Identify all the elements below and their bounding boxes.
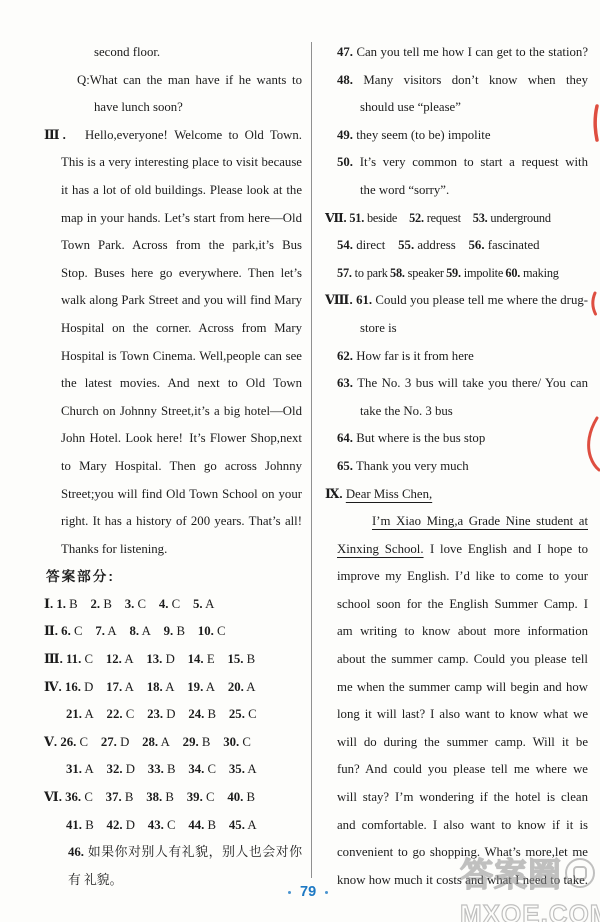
text-line: 41. B 42. D 43. C 44. B 45. A xyxy=(44,812,302,840)
text-line: take the No. 3 bus xyxy=(325,398,588,426)
text-segment: 58. xyxy=(390,266,405,280)
text-segment: B xyxy=(243,652,255,666)
text-segment: C xyxy=(123,707,148,721)
text-line: Hospital on the corner. Across from Mary xyxy=(44,315,302,343)
text-segment: B xyxy=(173,624,198,638)
text-segment: 24. xyxy=(188,707,204,721)
text-segment: A xyxy=(203,597,215,611)
text-segment: Ⅱ. 6. xyxy=(44,624,71,638)
text-segment: 60. xyxy=(505,266,520,280)
text-segment: Town Park. Across from the park,it’s Bus xyxy=(61,238,302,252)
text-segment: A xyxy=(122,680,147,694)
page-number-dot-left xyxy=(288,891,291,894)
text-segment: Ⅳ. 16. xyxy=(44,680,81,694)
page-number-dot-right xyxy=(325,891,328,894)
text-segment: 19. xyxy=(187,680,203,694)
text-segment: 答案部分: xyxy=(46,569,115,584)
text-segment: will stay? I’m wondering if the hotel is… xyxy=(337,790,588,804)
text-segment: fun? And could you please tell me where … xyxy=(337,762,588,776)
text-line: Xinxing School. I love English and I hop… xyxy=(325,536,588,564)
text-segment: A xyxy=(139,624,164,638)
text-line: Street;you will find Old Town School on … xyxy=(44,481,302,509)
text-segment: 29. xyxy=(183,735,199,749)
text-segment: E xyxy=(204,652,228,666)
text-segment: D xyxy=(123,818,148,832)
text-segment: 10. xyxy=(198,624,214,638)
text-segment: Xinxing School. xyxy=(337,542,424,556)
text-segment: Thank you very much xyxy=(353,459,469,473)
text-segment: B xyxy=(204,818,229,832)
text-segment: 2. xyxy=(91,597,101,611)
text-line: it has a lot of old buildings. Please lo… xyxy=(44,177,302,205)
red-pen-mark-top xyxy=(595,106,597,140)
text-segment: 47. xyxy=(337,45,353,59)
text-segment: 52. xyxy=(409,211,424,225)
text-segment: 3. xyxy=(125,597,135,611)
text-segment: about the summer camp. Could you please … xyxy=(337,652,588,666)
text-segment: 50. xyxy=(337,155,353,169)
text-segment: map in your hands. Let’s start from here… xyxy=(61,211,302,225)
text-segment: 34. xyxy=(188,762,204,776)
text-segment: D xyxy=(163,707,188,721)
text-segment: 49. xyxy=(337,128,353,142)
text-segment: school soon for the English Summer Camp.… xyxy=(337,597,588,611)
text-segment: C xyxy=(81,652,106,666)
text-line: about the summer camp. Could you please … xyxy=(325,646,588,674)
text-line: Ⅳ. 16. D 17. A 18. A 19. A 20. A xyxy=(44,674,302,702)
text-segment xyxy=(66,128,85,142)
text-line: me when the summer camp will begin and h… xyxy=(325,674,588,702)
text-segment: B xyxy=(199,735,224,749)
text-line: Q:What can the man have if he wants to xyxy=(44,67,302,95)
red-pen-mark-bottom xyxy=(589,418,599,470)
text-line: 49. they seem (to be) impolite xyxy=(325,122,588,150)
text-line: 答案部分: xyxy=(44,563,302,591)
text-segment: walk along Park Street and you will find… xyxy=(61,293,302,307)
text-line: I’m Xiao Ming,a Grade Nine student at xyxy=(325,508,588,536)
text-segment: 43. xyxy=(148,818,164,832)
text-segment: improve my English. I’d like to come to … xyxy=(337,569,588,583)
text-segment: A xyxy=(122,652,147,666)
text-line: Church on Johnny Street,it’s a big hotel… xyxy=(44,398,302,426)
text-line: right. It has a history of 200 years. Th… xyxy=(44,508,302,536)
text-segment: 13. xyxy=(146,652,162,666)
text-segment: C xyxy=(214,624,226,638)
text-segment: C xyxy=(71,624,96,638)
text-segment: convenient to go shopping. What’s more,l… xyxy=(337,845,588,859)
text-line: will do during the summer camp. Will it … xyxy=(325,729,588,757)
text-segment: store is xyxy=(360,321,397,335)
text-segment: D xyxy=(117,735,142,749)
text-line: This is a very interesting place to visi… xyxy=(44,149,302,177)
text-segment: 21. xyxy=(66,707,82,721)
text-segment: B xyxy=(82,818,107,832)
text-line: have lunch soon? xyxy=(44,94,302,122)
text-segment: speaker xyxy=(405,266,446,280)
text-segment: address xyxy=(414,238,468,252)
text-segment: 44. xyxy=(188,818,204,832)
text-line: to Mary Hospital. Then go across Johnny xyxy=(44,453,302,481)
text-line: convenient to go shopping. What’s more,l… xyxy=(325,839,588,867)
text-segment: B xyxy=(204,707,229,721)
text-segment: C xyxy=(134,597,159,611)
text-segment: the word “sorry”. xyxy=(360,183,449,197)
text-segment: take the No. 3 bus xyxy=(360,404,453,418)
text-line: map in your hands. Let’s start from here… xyxy=(44,205,302,233)
text-segment: B xyxy=(100,597,125,611)
text-segment: Thanks for listening. xyxy=(61,542,167,556)
text-segment: 5. xyxy=(193,597,203,611)
text-segment: it has a lot of old buildings. Please lo… xyxy=(61,183,302,197)
text-line: Ⅸ. Dear Miss Chen, xyxy=(325,481,588,509)
text-line: 48. Many visitors don’t know when they xyxy=(325,67,588,95)
text-line: Ⅶ. 51. beside 52. request 53. undergroun… xyxy=(325,205,588,233)
text-line: know how much it costs and what I need t… xyxy=(325,867,588,895)
text-segment: Ⅵ. 36. xyxy=(44,790,81,804)
text-segment: know how much it costs and what I need t… xyxy=(337,873,588,887)
text-line: Ⅲ. Hello,everyone! Welcome to Old Town. xyxy=(44,122,302,150)
text-segment: 54. xyxy=(337,238,353,252)
text-segment: direct xyxy=(353,238,398,252)
text-segment: right. It has a history of 200 years. Th… xyxy=(61,514,302,528)
text-line: John Hotel. Look here! It’s Flower Shop,… xyxy=(44,425,302,453)
text-segment: 25. xyxy=(229,707,245,721)
text-segment: C xyxy=(168,597,193,611)
text-segment: B xyxy=(243,790,255,804)
text-segment: underground xyxy=(488,211,551,225)
text-line: the latest movies. And next to Old Town xyxy=(44,370,302,398)
text-line: Stop. Buses here go everywhere. Then let… xyxy=(44,260,302,288)
text-segment: making xyxy=(520,266,559,280)
text-segment: 23. xyxy=(147,707,163,721)
text-segment: A xyxy=(82,762,107,776)
text-segment: 28. xyxy=(142,735,158,749)
text-segment: A xyxy=(163,680,188,694)
text-segment: long it will last? I also want to know w… xyxy=(337,707,588,721)
text-segment: 45. xyxy=(229,818,245,832)
text-segment: Ⅲ. xyxy=(44,128,66,142)
text-line: Ⅷ. 61. Could you please tell me where th… xyxy=(325,287,588,315)
text-line: Ⅲ. 11. C 12. A 13. D 14. E 15. B xyxy=(44,646,302,674)
text-line: 54. direct 55. address 56. fascinated xyxy=(325,232,588,260)
text-line: long it will last? I also want to know w… xyxy=(325,701,588,729)
text-line: improve my English. I’d like to come to … xyxy=(325,563,588,591)
text-segment: C xyxy=(81,790,106,804)
text-segment: 32. xyxy=(107,762,123,776)
text-line: store is xyxy=(325,315,588,343)
text-segment: 40. xyxy=(227,790,243,804)
text-segment: have lunch soon? xyxy=(94,100,183,114)
text-segment: A xyxy=(82,707,107,721)
text-line: 50. It’s very common to start a request … xyxy=(325,149,588,177)
text-segment: Street;you will find Old Town School on … xyxy=(61,487,302,501)
text-segment: C xyxy=(164,818,189,832)
text-segment: Hospital is Town Cinema. Well,people can… xyxy=(61,349,302,363)
text-segment: second floor. xyxy=(94,45,160,59)
page: second floor.Q:What can the man have if … xyxy=(0,0,600,922)
text-line: Ⅵ. 36. C 37. B 38. B 39. C 40. B xyxy=(44,784,302,812)
text-segment: C xyxy=(203,790,228,804)
text-segment: 42. xyxy=(107,818,123,832)
text-line: Ⅱ. 6. C 7. A 8. A 9. B 10. C xyxy=(44,618,302,646)
text-segment: B xyxy=(66,597,91,611)
text-segment: 9. xyxy=(164,624,174,638)
text-segment: Ⅶ. xyxy=(325,211,346,225)
text-line: am writing to know about more informatio… xyxy=(325,618,588,646)
text-segment: 38. xyxy=(146,790,162,804)
text-segment: C xyxy=(76,735,101,749)
text-segment: 33. xyxy=(148,762,164,776)
text-line: fun? And could you please tell me where … xyxy=(325,756,588,784)
text-segment: This is a very interesting place to visi… xyxy=(61,155,302,169)
text-line: Hospital is Town Cinema. Well,people can… xyxy=(44,343,302,371)
text-segment: C xyxy=(239,735,251,749)
text-segment: they seem (to be) impolite xyxy=(353,128,491,142)
text-segment: I love English and I hope to xyxy=(424,542,588,556)
text-line: Ⅰ. 1. B 2. B 3. C 4. C 5. A xyxy=(44,591,302,619)
watermark-domain-text: MXQE.COM xyxy=(460,899,598,922)
text-segment: B xyxy=(164,762,189,776)
text-segment: Dear Miss Chen, xyxy=(346,487,432,501)
text-line: walk along Park Street and you will find… xyxy=(44,287,302,315)
text-segment: D xyxy=(81,680,106,694)
text-segment: impolite xyxy=(461,266,506,280)
text-segment: 12. xyxy=(106,652,122,666)
text-segment: Ⅲ. 11. xyxy=(44,652,81,666)
page-number: 79 xyxy=(288,884,328,900)
text-segment: C xyxy=(204,762,229,776)
page-number-value: 79 xyxy=(300,884,316,900)
text-segment: 20. xyxy=(228,680,244,694)
text-line: 46. 如果你对别人有礼貌，别人也会对你有 xyxy=(44,839,302,867)
text-segment: should use “please” xyxy=(360,100,461,114)
text-segment: 65. xyxy=(337,459,353,473)
text-segment: I’m Xiao Ming,a Grade Nine student at xyxy=(372,514,588,528)
text-segment: 59. xyxy=(446,266,461,280)
text-segment: B xyxy=(122,790,147,804)
text-segment: A xyxy=(203,680,228,694)
text-segment: 55. xyxy=(398,238,414,252)
text-line: 65. Thank you very much xyxy=(325,453,588,481)
text-line: Town Park. Across from the park,it’s Bus xyxy=(44,232,302,260)
text-segment: C xyxy=(245,707,257,721)
text-segment: Many visitors don’t know when they xyxy=(353,73,588,87)
text-line: second floor. xyxy=(44,39,302,67)
text-segment: Ⅸ. xyxy=(325,487,343,501)
text-segment: 61. xyxy=(356,293,372,307)
text-segment: me when the summer camp will begin and h… xyxy=(337,680,588,694)
column-divider xyxy=(311,42,312,878)
text-segment: 27. xyxy=(101,735,117,749)
text-segment: It’s very common to start a request with xyxy=(353,155,588,169)
text-segment: John Hotel. Look here! It’s Flower Shop,… xyxy=(61,431,302,445)
right-column: 47. Can you tell me how I can get to the… xyxy=(325,39,588,894)
text-segment: 51. xyxy=(349,211,364,225)
text-line: 21. A 22. C 23. D 24. B 25. C xyxy=(44,701,302,729)
text-segment: 礼貌。 xyxy=(84,873,122,887)
text-line: 62. How far is it from here xyxy=(325,343,588,371)
text-line: 57. to park 58. speaker 59. impolite 60.… xyxy=(325,260,588,288)
text-segment: A xyxy=(158,735,183,749)
text-line: 47. Can you tell me how I can get to the… xyxy=(325,39,588,67)
text-line: 63. The No. 3 bus will take you there/ Y… xyxy=(325,370,588,398)
text-line: and comfortable. I also want to know if … xyxy=(325,812,588,840)
text-segment: D xyxy=(162,652,187,666)
text-segment: 31. xyxy=(66,762,82,776)
text-segment: Can you tell me how I can get to the sta… xyxy=(353,45,588,59)
text-segment: the latest movies. And next to Old Town xyxy=(61,376,302,390)
text-segment: A xyxy=(244,680,256,694)
text-segment: to Mary Hospital. Then go across Johnny xyxy=(61,459,302,473)
text-segment: 35. xyxy=(229,762,245,776)
text-segment: Stop. Buses here go everywhere. Then let… xyxy=(61,266,302,280)
text-segment: beside xyxy=(364,211,409,225)
text-segment: 57. xyxy=(337,266,352,280)
text-segment: and comfortable. I also want to know if … xyxy=(337,818,588,832)
text-segment: But where is the bus stop xyxy=(353,431,485,445)
text-line: should use “please” xyxy=(325,94,588,122)
text-line: the word “sorry”. xyxy=(325,177,588,205)
text-segment: 53. xyxy=(473,211,488,225)
text-segment: 14. xyxy=(188,652,204,666)
text-segment: Ⅴ. 26. xyxy=(44,735,76,749)
text-line: 31. A 32. D 33. B 34. C 35. A xyxy=(44,756,302,784)
text-segment: 15. xyxy=(227,652,243,666)
text-line: Thanks for listening. xyxy=(44,536,302,564)
text-segment: Church on Johnny Street,it’s a big hotel… xyxy=(61,404,302,418)
text-segment: The No. 3 bus will take you there/ You c… xyxy=(353,376,588,390)
left-column: second floor.Q:What can the man have if … xyxy=(44,39,302,894)
text-segment: 48. xyxy=(337,73,353,87)
text-segment: to park xyxy=(352,266,390,280)
text-segment: How far is it from here xyxy=(353,349,474,363)
text-segment: 63. xyxy=(337,376,353,390)
text-segment: will do during the summer camp. Will it … xyxy=(337,735,588,749)
text-segment: Could you please tell me where the drug- xyxy=(372,293,588,307)
text-segment: 7. xyxy=(95,624,105,638)
text-segment: 56. xyxy=(469,238,485,252)
text-segment: 41. xyxy=(66,818,82,832)
text-segment: 39. xyxy=(187,790,203,804)
text-line: will stay? I’m wondering if the hotel is… xyxy=(325,784,588,812)
text-segment: 62. xyxy=(337,349,353,363)
text-segment: Hello,everyone! Welcome to Old Town. xyxy=(85,128,302,142)
text-line: Ⅴ. 26. C 27. D 28. A 29. B 30. C xyxy=(44,729,302,757)
red-pen-mark-middle xyxy=(593,293,596,314)
text-segment: 4. xyxy=(159,597,169,611)
text-segment: request xyxy=(424,211,473,225)
text-segment: A xyxy=(245,762,257,776)
text-segment: B xyxy=(162,790,187,804)
text-segment: 64. xyxy=(337,431,353,445)
text-segment: 37. xyxy=(106,790,122,804)
text-segment: D xyxy=(123,762,148,776)
text-segment: 22. xyxy=(107,707,123,721)
text-segment: fascinated xyxy=(485,238,540,252)
text-segment: A xyxy=(245,818,257,832)
text-line: 礼貌。 xyxy=(44,867,302,895)
text-segment: 18. xyxy=(147,680,163,694)
text-segment: Ⅷ. xyxy=(325,293,353,307)
text-segment: 30. xyxy=(223,735,239,749)
text-segment: 46. xyxy=(68,845,84,859)
text-segment: Ⅰ. 1. xyxy=(44,597,66,611)
text-segment: 8. xyxy=(129,624,139,638)
text-line: 64. But where is the bus stop xyxy=(325,425,588,453)
text-segment: Hospital on the corner. Across from Mary xyxy=(61,321,302,335)
text-segment: A xyxy=(105,624,130,638)
text-line: school soon for the English Summer Camp.… xyxy=(325,591,588,619)
text-segment: 17. xyxy=(106,680,122,694)
text-segment: Q:What can the man have if he wants to xyxy=(77,73,302,87)
text-segment: am writing to know about more informatio… xyxy=(337,624,588,638)
